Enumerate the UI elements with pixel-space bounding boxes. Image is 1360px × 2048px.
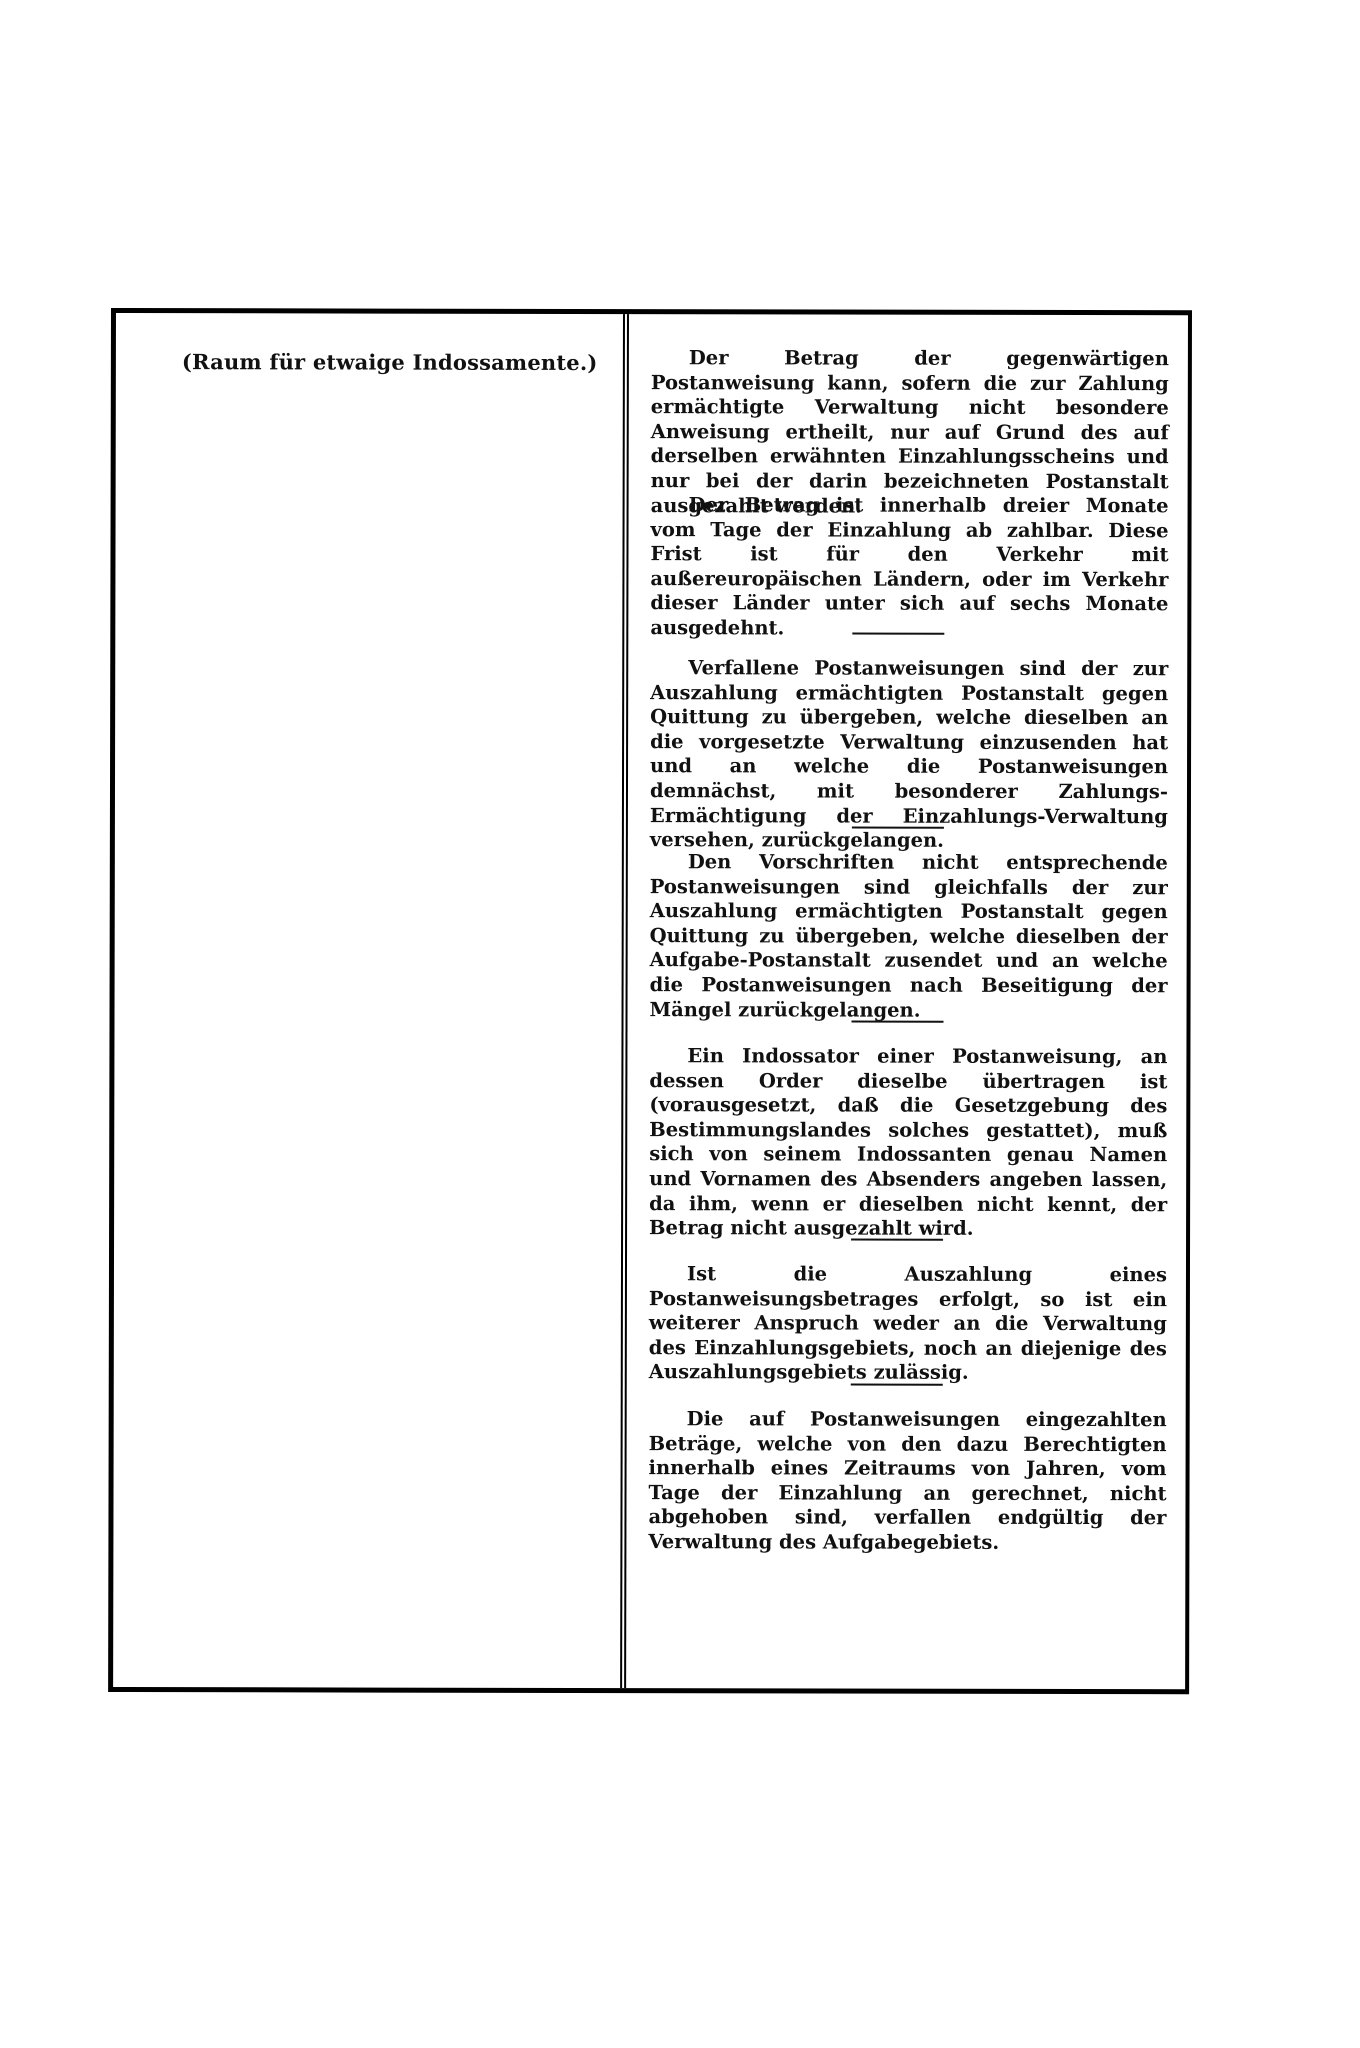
section-rule (852, 633, 944, 635)
form-frame: (Raum für etwaige Indossamente.) Der Bet… (108, 308, 1192, 1694)
paragraph-expired-orders: Verfallene Postanweisungen sind der zur … (650, 656, 1168, 854)
paragraph-endorser: Ein Indossator einer Postanweisung, an d… (649, 1044, 1167, 1242)
paragraph-nonconforming-orders: Den Vorschriften nicht entsprechende Pos… (650, 850, 1168, 1023)
paragraph-payment-period: Der Betrag ist innerhalb dreier Monate v… (650, 493, 1168, 642)
paragraph-no-further-claim: Ist die Auszahlung eines Postanweisungsb… (649, 1262, 1167, 1386)
section-rule (852, 827, 944, 829)
section-rule (851, 1239, 943, 1241)
section-rule (851, 1384, 943, 1386)
conditions-column: Der Betrag der gegenwärtigen Postanweisu… (632, 314, 1175, 1689)
endorsement-heading: (Raum für etwaige Indossamente.) (182, 349, 598, 375)
paragraph-forfeiture: Die auf Postanweisungen eingezahlten Bet… (648, 1407, 1166, 1556)
endorsement-space: (Raum für etwaige Indossamente.) (113, 313, 623, 1688)
section-rule (852, 1021, 944, 1023)
